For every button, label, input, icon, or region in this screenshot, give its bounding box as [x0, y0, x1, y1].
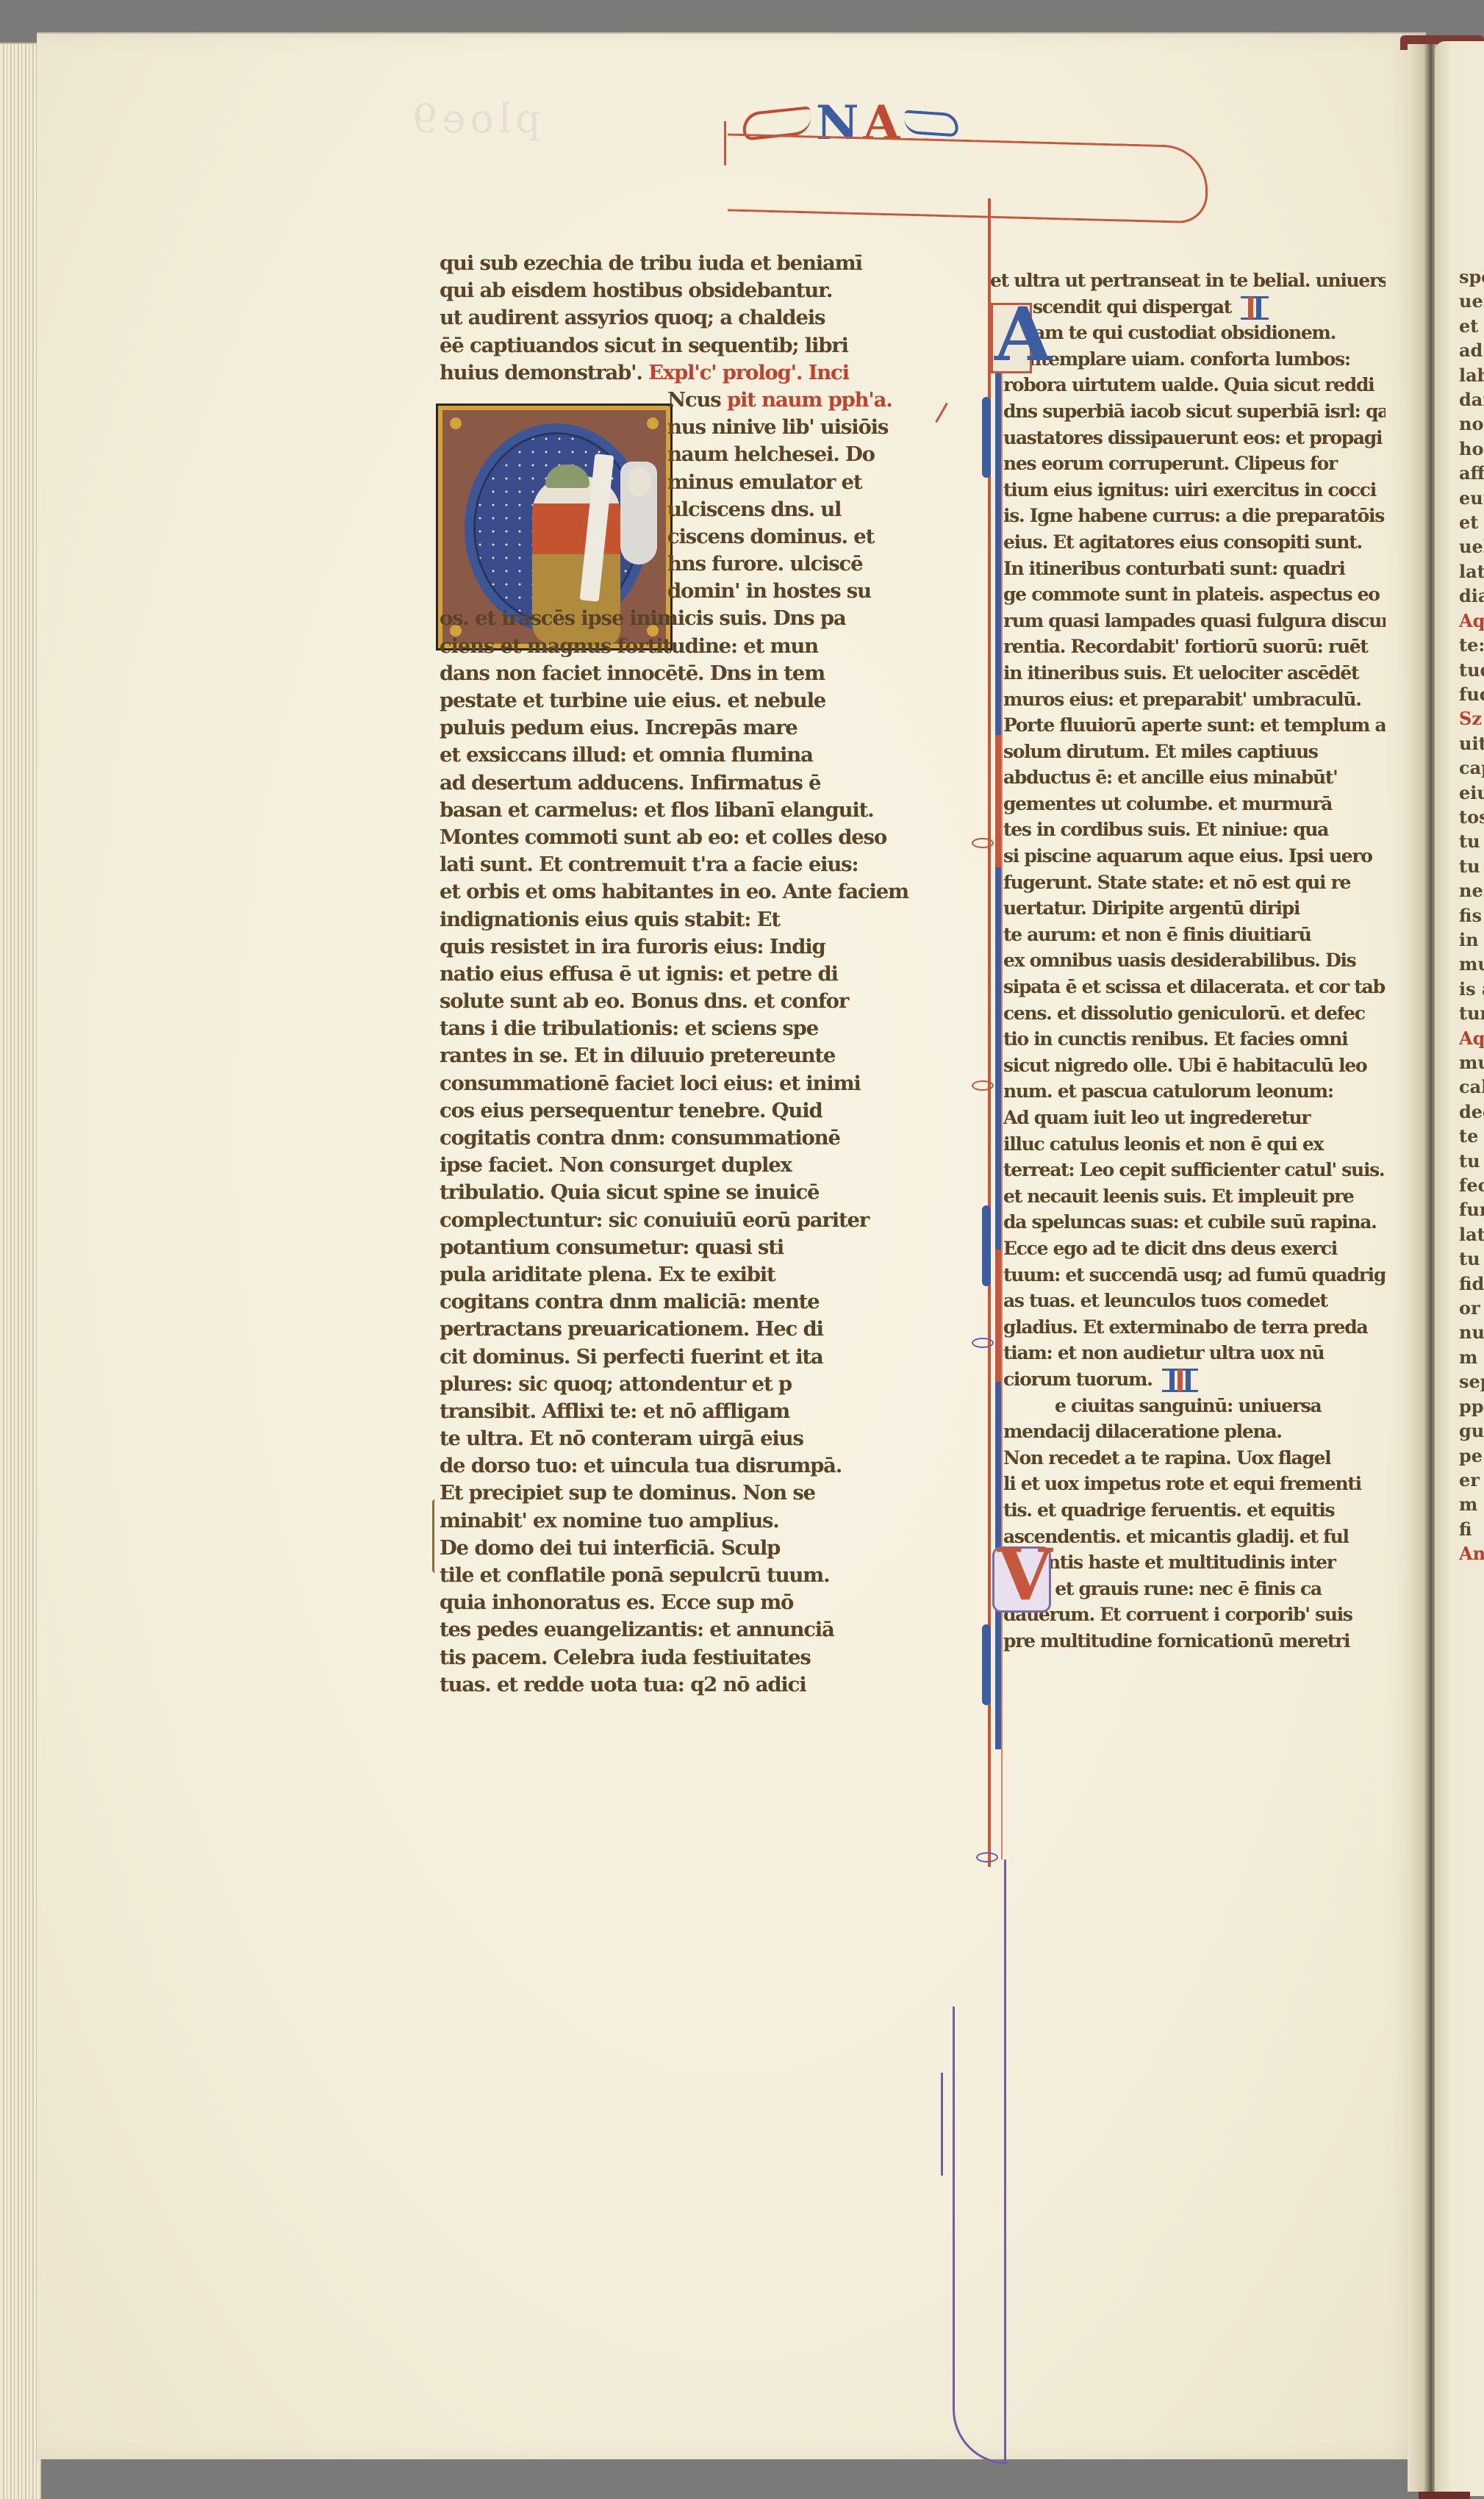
- text-line: ēē captiuandos sicut in sequentib; libri: [440, 332, 910, 359]
- text-line: robora uirtutem ualde. Quia sicut reddi: [1003, 372, 1386, 398]
- text-line: si piscine aquarum aque eius. Ipsi uero: [1003, 843, 1386, 870]
- rubric-incipit: pit naum pph'a.: [727, 388, 892, 412]
- text-line-initial-a: scendit qui dispergat: [1003, 294, 1386, 320]
- text-line: solute sunt ab eo. Bonus dns. et confor: [440, 988, 910, 1015]
- text-line: potantium consumetur: quasi sti: [440, 1234, 910, 1261]
- next-page-line: gu: [1459, 1419, 1484, 1443]
- next-page-line: cal: [1459, 1075, 1484, 1099]
- text-line: nus ninive lib' uisiōis: [440, 414, 910, 441]
- text-span: Ncus: [667, 388, 727, 412]
- next-page-line: non: [1459, 412, 1484, 436]
- penwork-leaf-icon: [982, 397, 991, 478]
- next-page-line: nu: [1459, 1320, 1484, 1344]
- book-gutter: [1408, 44, 1437, 2492]
- next-page-line: te:: [1459, 633, 1484, 657]
- text-line-chapter-3: ciorum tuorum.: [1003, 1366, 1386, 1393]
- next-page-line: ad t: [1459, 338, 1484, 362]
- penwork-leaf-icon: [982, 1205, 991, 1286]
- penwork-stem-violet: [941, 2073, 943, 2176]
- next-page-line: hom: [1459, 437, 1484, 461]
- text-line: tes in cordibus suis. Et niniue: qua: [1003, 817, 1386, 843]
- text-line: et ultra ut pertranseat in te belial. un…: [990, 268, 1386, 294]
- next-page-line: in c: [1459, 928, 1484, 952]
- text-line: Porte fluuiorū aperte sunt: et templum a…: [1003, 712, 1386, 739]
- chapter-bar-blue: [1169, 1369, 1175, 1391]
- text-line: minus emulator et: [440, 469, 910, 496]
- text-line: rantes in se. Et in diluuio pretereunte: [440, 1042, 910, 1069]
- text-line: rentia. Recordabit' fortiorū suorū: ruēt: [1003, 634, 1386, 660]
- text-line: num. et pascua catulorum leonum:: [1003, 1078, 1386, 1105]
- text-line: dauerum. Et corruent i corporib' suis: [1003, 1602, 1386, 1628]
- text-line: pre multitudine fornicationū meretri: [1003, 1628, 1386, 1654]
- text-line: tio in cunctis renibus. Et facies omni: [1003, 1026, 1386, 1053]
- text-line: illuc catulus leonis et non ē qui ex: [1003, 1131, 1386, 1158]
- text-line: ex omnibus uasis desiderabilibus. Dis: [1003, 947, 1386, 974]
- text-line: natio eius effusa ē ut ignis: et petre d…: [440, 961, 910, 988]
- text-line: transibit. Afflixi te: et nō affligam: [440, 1398, 910, 1425]
- next-page-line: affi: [1459, 461, 1484, 485]
- text-line: cens. et dissolutio geniculorū. et defec: [1003, 1000, 1386, 1027]
- text-line: domin' in hostes su: [440, 578, 910, 605]
- decorated-initial-a: A: [991, 303, 1032, 373]
- penwork-border-red-fine: [1001, 353, 1003, 1860]
- next-page-line: te i: [1459, 1124, 1484, 1148]
- next-page-line: pp: [1459, 1394, 1484, 1419]
- text-line: qui sub ezechia de tribu iuda et beniamī: [440, 250, 910, 277]
- next-page-line: et fa: [1459, 314, 1484, 338]
- text-line: pestate et turbine uie eius. et nebule: [440, 687, 910, 714]
- decorated-initial-v: V: [992, 1546, 1051, 1613]
- text-line: Non recedet a te rapina. Uox flagel: [1003, 1445, 1386, 1471]
- text-column-left: qui sub ezechia de tribu iuda et beniamī…: [440, 250, 910, 1699]
- text-line: naum helchesei. Do: [440, 441, 910, 468]
- text-line: dans non faciet innocētē. Dns in tem: [440, 660, 910, 687]
- next-page-line: mu: [1459, 952, 1484, 976]
- text-line: uastatores dissipauerunt eos: et propagi: [1003, 425, 1386, 451]
- text-line: is. Igne habene currus: a die preparatōi…: [1003, 503, 1386, 529]
- text-line: coram te qui custodiat obsidionem.: [1003, 320, 1386, 346]
- penwork-curl-icon: [972, 838, 994, 848]
- next-page-line: Aqu: [1459, 1026, 1484, 1050]
- text-line: terreat: Leo cepit sufficienter catul' s…: [1003, 1157, 1386, 1183]
- text-line: gladius. Et exterminabo de terra preda: [1003, 1314, 1386, 1341]
- text-line: abductus ē: et ancille eius minabūt': [1003, 764, 1386, 791]
- penwork-swash: [728, 133, 1208, 223]
- next-page-line: tu: [1459, 1149, 1484, 1173]
- text-line: ascendentis. et micantis gladij. et ful: [1003, 1524, 1386, 1550]
- text-line: Montes commoti sunt ab eo: et colles des…: [440, 824, 910, 851]
- text-span: huius demonstrab'.: [440, 361, 648, 384]
- next-page-line: lat: [1459, 1222, 1484, 1247]
- text-line: os. et irascēs ipse inimicis suis. Dns p…: [440, 605, 910, 632]
- next-page-line: Sz: [1459, 706, 1484, 731]
- text-line: et orbis et oms habitantes in eo. Ante f…: [440, 878, 910, 906]
- text-line: rum quasi lampades quasi fulgura discur: [1003, 608, 1386, 634]
- chapter-marker-2: [1241, 296, 1269, 320]
- text-line: ipse faciet. Non consurget duplex: [440, 1152, 910, 1179]
- text-line: sipata ē et scissa et dilacerata. et cor…: [1003, 974, 1386, 1000]
- text-line: cogitatis contra dnm: consummationē: [440, 1125, 910, 1152]
- text-line: li et uox impetus rote et equi frementi: [1003, 1471, 1386, 1497]
- next-page-line: fun: [1459, 1197, 1484, 1222]
- chapter-marker-3: [1162, 1369, 1198, 1392]
- text-line: te aurum: et non ē finis diuitiarū: [1003, 922, 1386, 948]
- text-line: ut audirent assyrios quoq; a chaldeis: [440, 304, 910, 331]
- next-page-line: uen: [1459, 289, 1484, 313]
- text-line: basan et carmelus: et flos libanī elangu…: [440, 797, 910, 824]
- text-line: te ultra. Et nō conteram uirgā eius: [440, 1425, 910, 1452]
- margin-bracket: [432, 1499, 439, 1573]
- bleedthrough-text: ploe9: [408, 96, 541, 142]
- text-line: tis. et quadrige feruentis. et equitis: [1003, 1497, 1386, 1524]
- text-span: scendit qui dispergat: [1033, 296, 1231, 318]
- text-line: eius. Et agitatores eius consopiti sunt.: [1003, 529, 1386, 556]
- text-line: dns superbiā iacob sicut superbiā isrl: …: [1003, 398, 1386, 425]
- text-line: tuum: et succendā usq; ad fumū quadrig: [1003, 1262, 1386, 1288]
- penwork-curl-icon: [976, 1852, 998, 1862]
- text-line: Contemplare uiam. conforta lumbos:: [1003, 346, 1386, 373]
- flourish-right-icon: [903, 110, 959, 137]
- text-line: tans i die tribulationis: et sciens spe: [440, 1015, 910, 1042]
- chapter-bar-red: [1248, 297, 1253, 319]
- next-page-line: eut: [1459, 486, 1484, 510]
- text-line: gementes ut columbe. et murmurā: [1003, 791, 1386, 817]
- text-line: De domo dei tui interficiā. Sculp: [440, 1535, 910, 1562]
- text-line: cogitans contra dnm maliciā: mente: [440, 1288, 910, 1316]
- text-line: cos eius persequentur tenebre. Quid: [440, 1097, 910, 1125]
- text-line: minabit' ex nomine tuo amplius.: [440, 1507, 910, 1535]
- next-page-line: mu: [1459, 1050, 1484, 1075]
- text-line: Et precipiet sup te dominus. Non se: [440, 1480, 910, 1507]
- next-page-line: m: [1459, 1345, 1484, 1369]
- next-page-line: dam: [1459, 387, 1484, 412]
- text-line: puluis pedum eius. Increpās mare: [440, 714, 910, 742]
- next-page-line: eius: [1459, 781, 1484, 805]
- next-page-line: sep: [1459, 1369, 1484, 1394]
- text-line: et necauit leenis suis. Et impleuit pre: [1003, 1183, 1386, 1210]
- text-line: In itineribus conturbati sunt: quadri: [1003, 556, 1386, 582]
- text-line: tile et conflatile ponā sepulcrū tuum.: [440, 1562, 910, 1589]
- text-line: tribulatio. Quia sicut spine se inuicē: [440, 1179, 910, 1206]
- text-line: qui ab eisdem hostibus obsidebantur.: [440, 277, 910, 304]
- text-line-incipit: Ncus pit naum pph'a.: [440, 387, 910, 414]
- text-line: nes eorum corruperunt. Clipeus for: [1003, 451, 1386, 477]
- text-line: gurantis haste et multitudinis inter: [1003, 1549, 1386, 1576]
- next-page-line: cap: [1459, 756, 1484, 780]
- next-page-line: lat: [1459, 559, 1484, 584]
- text-line-initial-v: e ciuitas sanguinū: uniuersa: [1003, 1393, 1386, 1419]
- text-line: indignationis eius quis stabit: Et: [440, 906, 910, 933]
- chapter-bar-blue: [1256, 297, 1261, 319]
- chapter-bar-red: [1177, 1369, 1183, 1391]
- next-page-line: An: [1459, 1541, 1484, 1566]
- penwork-curl-icon: [972, 1080, 994, 1091]
- text-line: complectuntur: sic conuiuiū eorū pariter: [440, 1207, 910, 1234]
- text-line: hns furore. ulciscē: [440, 551, 910, 578]
- rubric-explicit: Expl'c' prolog'. Inci: [648, 361, 849, 384]
- initial-letter: A: [994, 298, 1052, 371]
- next-page-line: lab: [1459, 363, 1484, 387]
- next-page-line: fid: [1459, 1272, 1484, 1296]
- next-page-line: tu e: [1459, 829, 1484, 853]
- text-line: uertatur. Diripite argentū diripi: [1003, 895, 1386, 922]
- next-page-line: spec: [1459, 265, 1484, 289]
- text-line: fecte et grauis rune: nec ē finis ca: [1003, 1576, 1386, 1602]
- text-line: ad desertum adducens. Infirmatus ē: [440, 770, 910, 797]
- text-line: solum dirutum. Et miles captiuus: [1003, 739, 1386, 765]
- page-stack-edges: [0, 43, 41, 2499]
- next-page-line: fec: [1459, 1173, 1484, 1197]
- next-page-line: m: [1459, 1492, 1484, 1516]
- text-line: Ecce ego ad te dicit dns deus exerci: [1003, 1236, 1386, 1262]
- text-line: sicut nigredo olle. Ubi ē habitaculū leo: [1003, 1053, 1386, 1079]
- next-page-line: pe: [1459, 1444, 1484, 1468]
- text-line: ciens et magnus fortitudine: et mun: [440, 633, 910, 660]
- text-line: consummationē faciet loci eius: et inimi: [440, 1070, 910, 1097]
- next-page-line: nes: [1459, 878, 1484, 903]
- text-line: et exsiccans illud: et omnia flumina: [440, 742, 910, 769]
- text-line: muros eius: et preparabit' umbraculū.: [1003, 686, 1386, 713]
- text-line-explicit: huius demonstrab'. Expl'c' prolog'. Inci: [440, 359, 910, 387]
- text-line: in itineribus suis. Et uelociter ascēdēt: [1003, 660, 1386, 686]
- penwork-leaf-icon: [982, 1624, 991, 1705]
- text-column-right: et ultra ut pertranseat in te belial. un…: [1003, 268, 1386, 1654]
- next-page-line: fis: [1459, 903, 1484, 928]
- text-line: tium eius ignitus: uiri exercitus in coc…: [1003, 477, 1386, 503]
- text-line: Ad quam iuit leo ut ingrederetur: [1003, 1105, 1386, 1131]
- next-page-text-fragment: specuenet faad tlabdamnonhomaffieutet di…: [1459, 265, 1484, 1566]
- text-line: tis pacem. Celebra iuda festiuitates: [440, 1644, 910, 1671]
- binding-bottom: [1419, 2492, 1470, 2499]
- text-line: ciscens dominus. et: [440, 523, 910, 551]
- next-page-line: uit: [1459, 731, 1484, 756]
- next-page-line: is a: [1459, 977, 1484, 1001]
- text-line: cit dominus. Si perfecti fuerint et ita: [440, 1344, 910, 1371]
- next-page-line: tu e: [1459, 854, 1484, 878]
- text-line: fugerunt. State state: et nō est qui re: [1003, 870, 1386, 896]
- text-line: pula ariditate plena. Ex te exibit: [440, 1261, 910, 1288]
- next-page-line: dia: [1459, 584, 1484, 608]
- next-page-line: Aqu: [1459, 609, 1484, 633]
- text-line: ge commote sunt in plateis. aspectus eo: [1003, 581, 1386, 608]
- text-line: quis resistet in ira furoris eius: Indig: [440, 933, 910, 961]
- text-line: plures: sic quoq; attondentur et p: [440, 1371, 910, 1398]
- next-page-line: er: [1459, 1468, 1484, 1492]
- next-page-line: tur: [1459, 1001, 1484, 1025]
- text-line: as tuas. et leunculos tuos comedet: [1003, 1288, 1386, 1314]
- text-line: quia inhonoratus es. Ecce sup mō: [440, 1589, 910, 1616]
- penwork-curl-icon: [972, 1338, 994, 1348]
- next-page-line: et di: [1459, 510, 1484, 534]
- text-line: de dorso tuo: et uincula tua disrumpā.: [440, 1452, 910, 1480]
- penwork-curve-violet: [953, 2007, 1008, 2464]
- next-page-line: tud: [1459, 658, 1484, 682]
- text-line: pertractans preuaricationem. Hec di: [440, 1316, 910, 1343]
- text-line: da speluncas suas: et cubile suū rapina.: [1003, 1209, 1386, 1236]
- next-page-line: fi: [1459, 1517, 1484, 1541]
- next-page-line: uel: [1459, 534, 1484, 559]
- text-line: mendacij dilaceratione plena.: [1003, 1419, 1386, 1445]
- text-line: tuas. et redde uota tua: q2 nō adici: [440, 1671, 910, 1699]
- next-page-line: tu: [1459, 1247, 1484, 1271]
- next-page-line: tos: [1459, 805, 1484, 829]
- chapter-bar-blue: [1186, 1369, 1191, 1391]
- next-page-line: dec: [1459, 1100, 1484, 1124]
- next-page-line: or: [1459, 1296, 1484, 1320]
- text-line: ulciscens dns. ul: [440, 496, 910, 523]
- next-page-line: fuc: [1459, 682, 1484, 706]
- initial-letter: V: [997, 1540, 1052, 1610]
- text-line: tes pedes euangelizantis: et annunciā: [440, 1616, 910, 1643]
- text-line: lati sunt. Et contremuit t'ra a facie ei…: [440, 851, 910, 878]
- text-line: tiam: et non audietur ultra uox nū: [1003, 1340, 1386, 1366]
- text-span: ciorum tuorum.: [1003, 1369, 1153, 1390]
